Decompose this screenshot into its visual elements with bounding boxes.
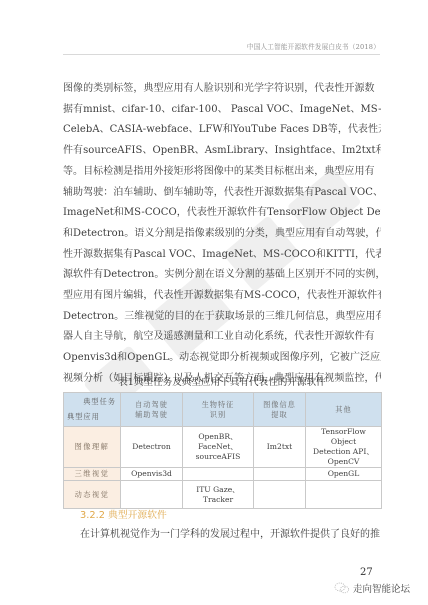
- column-header: 自动驾驶辅助驾驶: [121, 393, 183, 427]
- row-header: 动态视觉: [64, 481, 121, 509]
- corner-application-label: 典型应用: [67, 412, 100, 422]
- section-first-line: 在计算机视觉作为一门学科的发展过程中，开源软件提供了良好的推: [80, 528, 382, 542]
- table-corner-cell: 典型任务 典型应用: [64, 393, 121, 427]
- table-cell: Im2txt: [254, 427, 306, 468]
- table-cell: TensorFlow ObjectDetection API、OpenCV: [306, 427, 382, 468]
- table-cell: [121, 481, 183, 509]
- table-caption: 表1典型任务及典型应用下具有代表性的开源软件: [63, 376, 381, 390]
- body-line: 性开源数据集有Pascal VOC、ImageNet、MS-COCO和KITTI…: [63, 245, 381, 266]
- table-row: 动态视觉 ITU Gaze、Tracker: [64, 481, 382, 509]
- body-line: 和Detectron。语义分割是指像素级别的分类，典型应用有自动驾驶，代表: [63, 224, 381, 245]
- row-header: 三维视觉: [64, 468, 121, 481]
- wechat-icon: [334, 582, 350, 594]
- wechat-account-watermark: 走向智能论坛: [334, 581, 410, 595]
- body-line: ImageNet和MS-COCO，代表性开源软件有TensorFlow Obje…: [63, 203, 381, 224]
- corner-task-label: 典型任务: [83, 397, 116, 407]
- table-row: 图像理解 Detectron OpenBR、FaceNet、sourceAFIS…: [64, 427, 382, 468]
- running-title: 中国人工智能开源软件发展白皮书（2018）: [247, 43, 380, 51]
- section-heading: 3.2.2 典型开源软件: [80, 509, 167, 523]
- body-line: 据有mnist、cifar-10、cifar-100、 Pascal VOC、I…: [63, 100, 381, 121]
- column-header: 图像信息提取: [254, 393, 306, 427]
- software-table: 典型任务 典型应用 自动驾驶辅助驾驶 生物特征识别 图像信息提取 其他 图像理解…: [63, 392, 382, 509]
- table-cell: Detectron: [121, 427, 183, 468]
- table-cell: [183, 468, 254, 481]
- body-line: 等。目标检测是指用外接矩形将图像中的某类目标框出来，典型应用有: [63, 162, 381, 183]
- row-header: 图像理解: [64, 427, 121, 468]
- table-cell: [254, 468, 306, 481]
- table-cell: [306, 481, 382, 509]
- wechat-account-name: 走向智能论坛: [353, 581, 410, 595]
- body-line: 辅助驾驶：泊车辅助、倒车辅助等，代表性开源数据集有Pascal VOC、: [63, 183, 381, 204]
- body-line: 源软件有Detectron。实例分割在语义分割的基础上区别开不同的实例，典: [63, 265, 381, 286]
- body-line: 件有sourceAFIS、OpenBR、AsmLibrary、Insightfa…: [63, 141, 381, 162]
- running-header: 中国人工智能开源软件发展白皮书（2018）: [63, 42, 380, 55]
- body-line: Detectron。三维视觉的目的在于获取场景的三维几何信息，典型应用有机: [63, 307, 381, 328]
- body-line: CelebA、CASIA-webface、LFW和YouTube Faces D…: [63, 120, 381, 141]
- column-header: 其他: [306, 393, 382, 427]
- table-cell: [254, 481, 306, 509]
- page-number: 27: [360, 567, 373, 578]
- body-line: 型应用有图片编辑，代表性开源数据集有MS-COCO，代表性开源软件有: [63, 286, 381, 307]
- body-line: 图像的类别标签，典型应用有人脸识别和光学字符识别，代表性开源数: [63, 79, 381, 100]
- body-line: Openvis3d和OpenGL。动态视觉即分析视频或图像序列，它被广泛应用在: [63, 348, 381, 369]
- table-header-row: 典型任务 典型应用 自动驾驶辅助驾驶 生物特征识别 图像信息提取 其他: [64, 393, 382, 427]
- column-header: 生物特征识别: [183, 393, 254, 427]
- body-line: 器人自主导航，航空及遥感测量和工业自动化系统，代表性开源软件有: [63, 327, 381, 348]
- table-row: 三维视觉 Openvis3d OpenGL: [64, 468, 382, 481]
- table-cell: ITU Gaze、Tracker: [183, 481, 254, 509]
- table-cell: Openvis3d: [121, 468, 183, 481]
- table-cell: OpenGL: [306, 468, 382, 481]
- table-cell: OpenBR、FaceNet、sourceAFIS: [183, 427, 254, 468]
